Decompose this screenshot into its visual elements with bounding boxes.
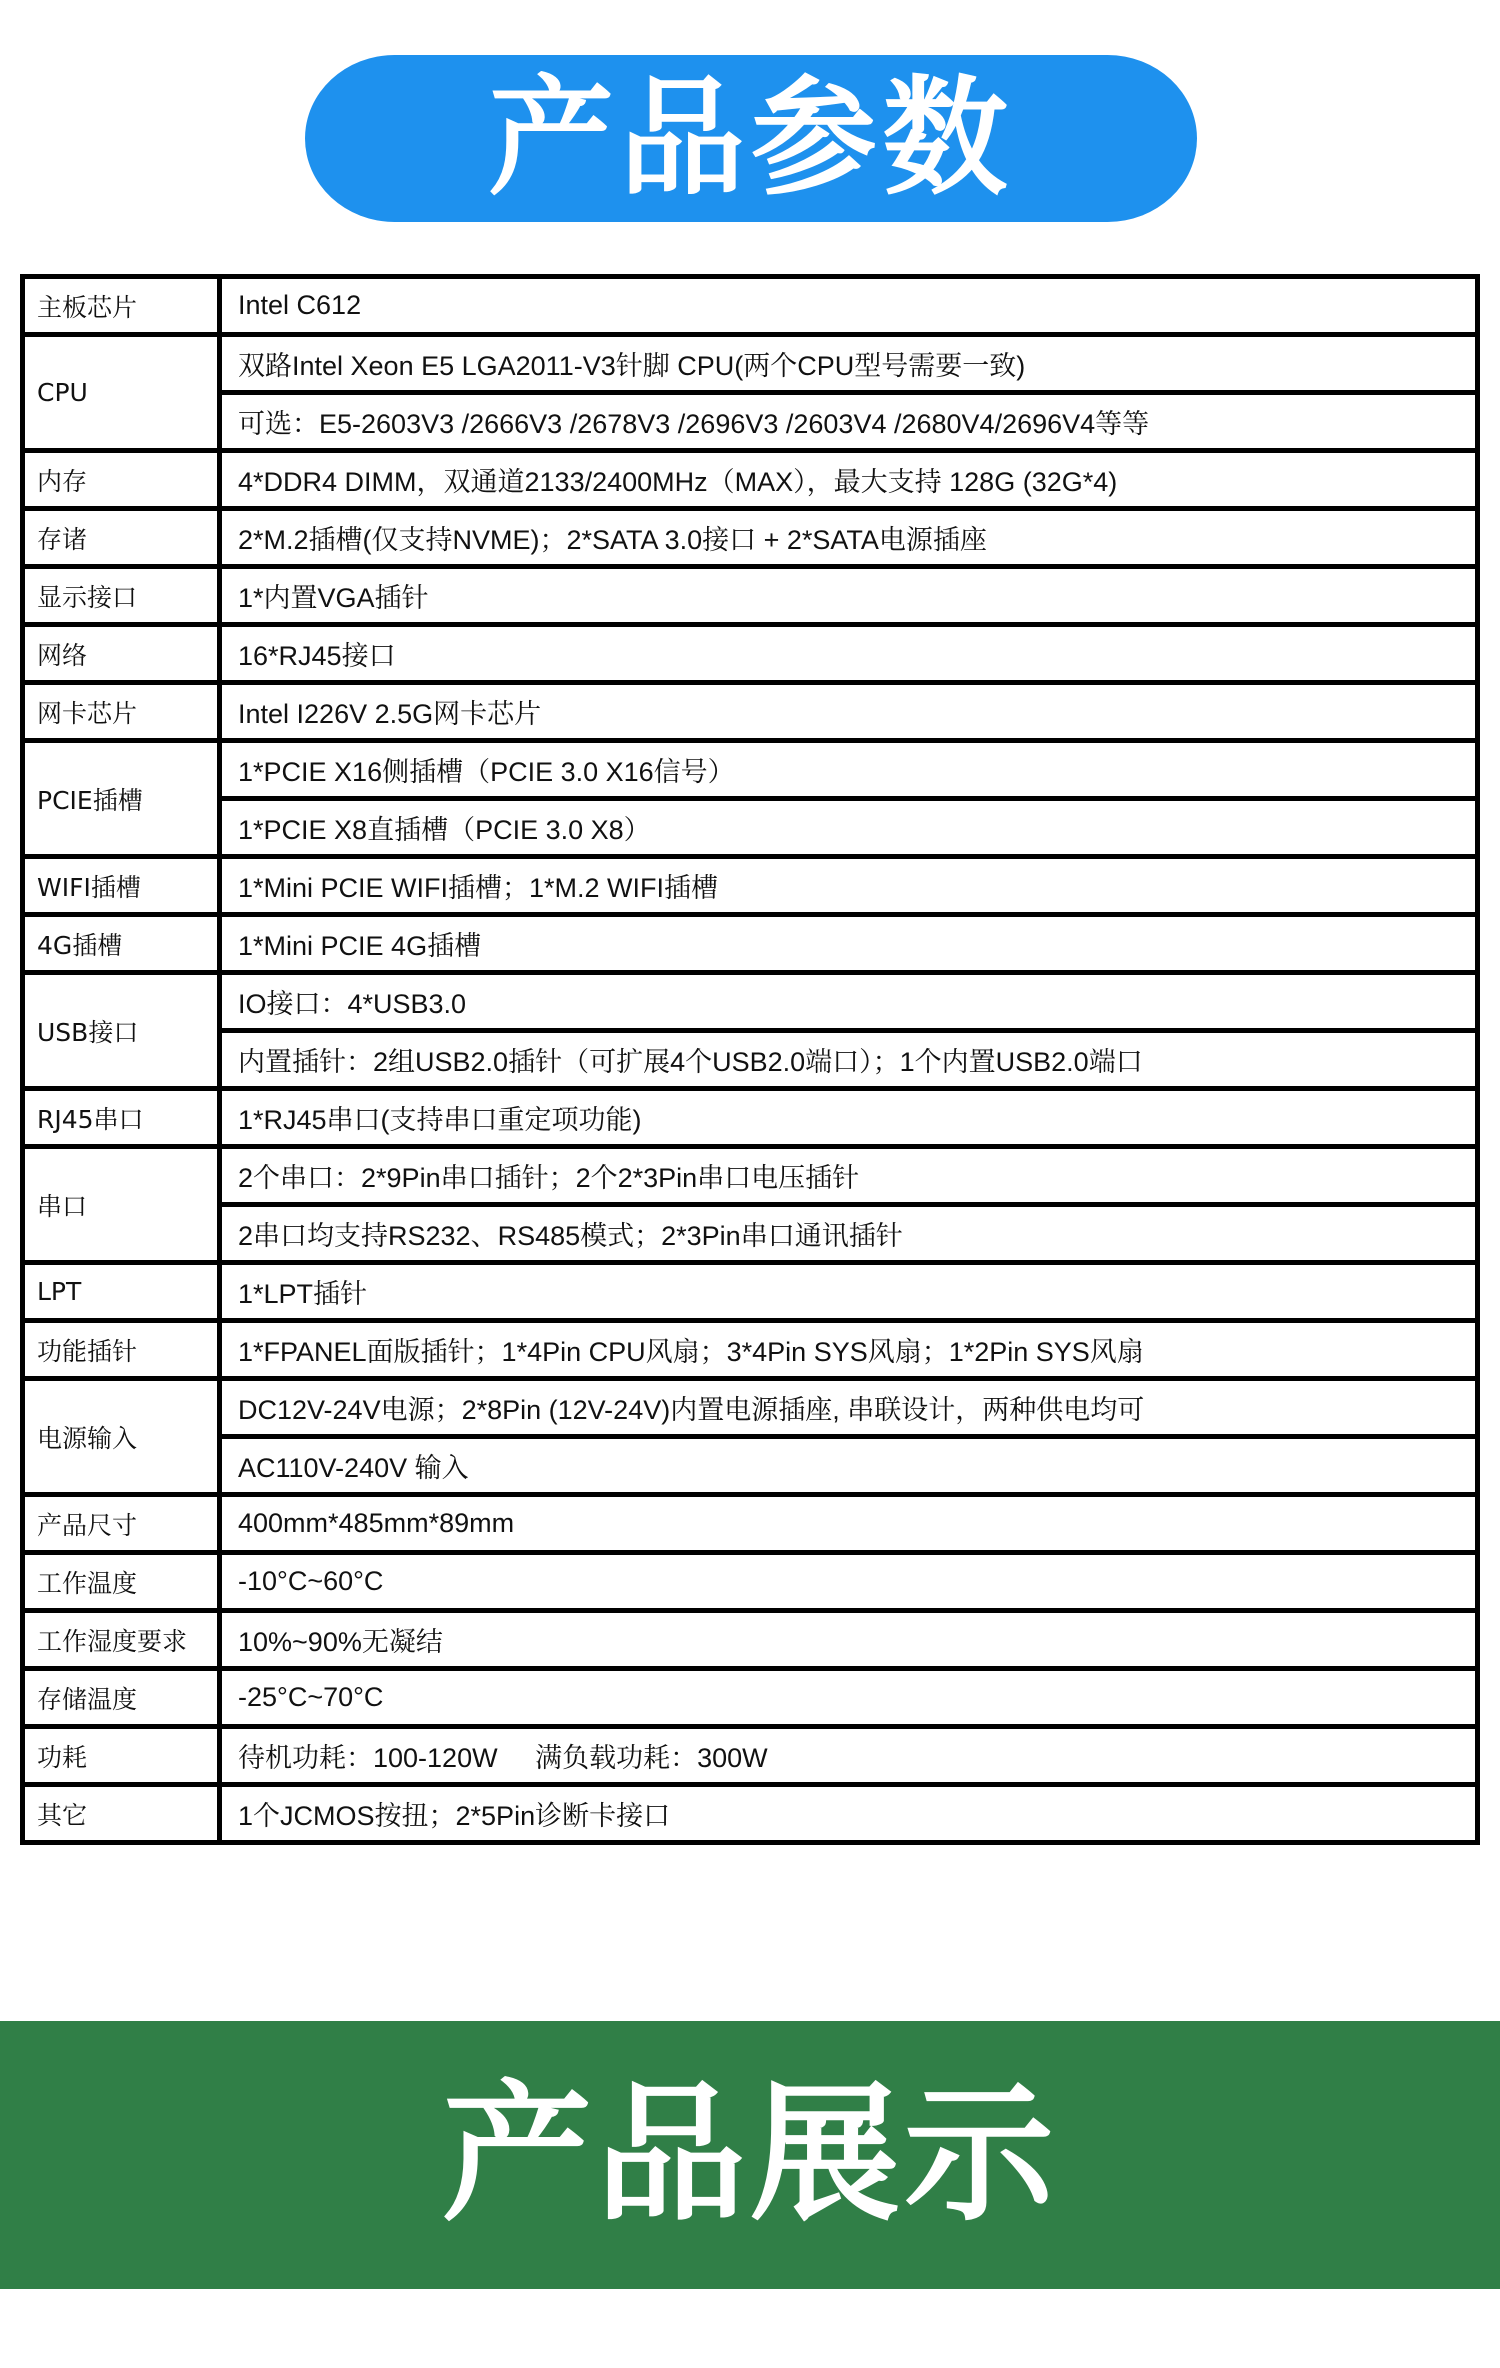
table-row: 存诸2*M.2插槽(仅支持NVME)；2*SATA 3.0接口 + 2*SATA… [23,509,1478,567]
table-row: USB接口IO接口：4*USB3.0 [23,973,1478,1031]
spec-table: 主板芯片Intel C612CPU双路Intel Xeon E5 LGA2011… [20,274,1480,1845]
spec-value: 16*RJ45接口 [220,625,1478,683]
table-row: 工作湿度要求10%~90%无凝结 [23,1611,1478,1669]
spec-label: 4G插槽 [23,915,220,973]
spec-label: 显示接口 [23,567,220,625]
spec-label: 主板芯片 [23,277,220,335]
spec-value: 1*PCIE X8直插槽（PCIE 3.0 X8） [220,799,1478,857]
table-row: 显示接口1*内置VGA插针 [23,567,1478,625]
section-title: 产品展示 [442,2080,1058,2230]
page-title: 产品参数 [488,75,1013,203]
spec-value: 2串口均支持RS232、RS485模式；2*3Pin串口通讯插针 [220,1205,1478,1263]
table-row: 功耗待机功耗：100-120W 满负载功耗：300W [23,1727,1478,1785]
table-row: AC110V-240V 输入 [23,1437,1478,1495]
table-row: WIFI插槽1*Mini PCIE WIFI插槽；1*M.2 WIFI插槽 [23,857,1478,915]
spec-value: 待机功耗：100-120W 满负载功耗：300W [220,1727,1478,1785]
spec-label: 功能插针 [23,1321,220,1379]
spec-label: PCIE插槽 [23,741,220,857]
spec-value: -10°C~60°C [220,1553,1478,1611]
spec-value: 1个JCMOS按扭；2*5Pin诊断卡接口 [220,1785,1478,1843]
spec-label: 存诸 [23,509,220,567]
spec-value: IO接口：4*USB3.0 [220,973,1478,1031]
table-row: 网络16*RJ45接口 [23,625,1478,683]
table-row: 主板芯片Intel C612 [23,277,1478,335]
spec-label: 产品尺寸 [23,1495,220,1553]
spec-label: 内存 [23,451,220,509]
spec-label: CPU [23,335,220,451]
spec-label: WIFI插槽 [23,857,220,915]
section-header-product-showcase: 产品展示 [0,2021,1500,2289]
spec-value: 400mm*485mm*89mm [220,1495,1478,1553]
table-row: CPU双路Intel Xeon E5 LGA2011-V3针脚 CPU(两个CP… [23,335,1478,393]
spec-label: 网卡芯片 [23,683,220,741]
table-row: 产品尺寸400mm*485mm*89mm [23,1495,1478,1553]
spec-label: 串口 [23,1147,220,1263]
spec-value: Intel C612 [220,277,1478,335]
table-row: 1*PCIE X8直插槽（PCIE 3.0 X8） [23,799,1478,857]
spec-value: 1*FPANEL面版插针；1*4Pin CPU风扇；3*4Pin SYS风扇；1… [220,1321,1478,1379]
spec-table-body: 主板芯片Intel C612CPU双路Intel Xeon E5 LGA2011… [23,277,1478,1843]
spec-label: USB接口 [23,973,220,1089]
spec-value: 1*Mini PCIE WIFI插槽；1*M.2 WIFI插槽 [220,857,1478,915]
table-row: 电源输入DC12V-24V电源；2*8Pin (12V-24V)内置电源插座, … [23,1379,1478,1437]
table-row: 串口2个串口：2*9Pin串口插针；2个2*3Pin串口电压插针 [23,1147,1478,1205]
table-row: 4G插槽1*Mini PCIE 4G插槽 [23,915,1478,973]
spec-value: DC12V-24V电源；2*8Pin (12V-24V)内置电源插座, 串联设计… [220,1379,1478,1437]
spec-value: 4*DDR4 DIMM，双通道2133/2400MHz（MAX），最大支持 12… [220,451,1478,509]
spec-label: 其它 [23,1785,220,1843]
spec-value: 2*M.2插槽(仅支持NVME)；2*SATA 3.0接口 + 2*SATA电源… [220,509,1478,567]
table-row: RJ45串口1*RJ45串口(支持串口重定项功能) [23,1089,1478,1147]
spec-value: -25°C~70°C [220,1669,1478,1727]
spec-label: 电源输入 [23,1379,220,1495]
spec-value: 1*RJ45串口(支持串口重定项功能) [220,1089,1478,1147]
spec-value: 可选：E5-2603V3 /2666V3 /2678V3 /2696V3 /26… [220,393,1478,451]
spec-label: RJ45串口 [23,1089,220,1147]
spec-label: 工作湿度要求 [23,1611,220,1669]
spec-value: 2个串口：2*9Pin串口插针；2个2*3Pin串口电压插针 [220,1147,1478,1205]
spec-label: 存储温度 [23,1669,220,1727]
section-header-product-params: 产品参数 [305,55,1197,222]
spec-value: AC110V-240V 输入 [220,1437,1478,1495]
table-row: 2串口均支持RS232、RS485模式；2*3Pin串口通讯插针 [23,1205,1478,1263]
spec-value: 10%~90%无凝结 [220,1611,1478,1669]
table-row: 功能插针1*FPANEL面版插针；1*4Pin CPU风扇；3*4Pin SYS… [23,1321,1478,1379]
spec-value: 双路Intel Xeon E5 LGA2011-V3针脚 CPU(两个CPU型号… [220,335,1478,393]
spec-label: LPT [23,1263,220,1321]
spec-value: 1*内置VGA插针 [220,567,1478,625]
table-row: 可选：E5-2603V3 /2666V3 /2678V3 /2696V3 /26… [23,393,1478,451]
spec-value: Intel I226V 2.5G网卡芯片 [220,683,1478,741]
table-row: 工作温度-10°C~60°C [23,1553,1478,1611]
table-row: LPT1*LPT插针 [23,1263,1478,1321]
spec-value: 1*Mini PCIE 4G插槽 [220,915,1478,973]
spec-value: 1*PCIE X16侧插槽（PCIE 3.0 X16信号） [220,741,1478,799]
table-row: 存储温度-25°C~70°C [23,1669,1478,1727]
spec-value: 1*LPT插针 [220,1263,1478,1321]
spec-label: 功耗 [23,1727,220,1785]
table-row: 内存4*DDR4 DIMM，双通道2133/2400MHz（MAX），最大支持 … [23,451,1478,509]
spec-label: 网络 [23,625,220,683]
table-row: 内置插针：2组USB2.0插针（可扩展4个USB2.0端口）；1个内置USB2.… [23,1031,1478,1089]
spec-label: 工作温度 [23,1553,220,1611]
spec-value: 内置插针：2组USB2.0插针（可扩展4个USB2.0端口）；1个内置USB2.… [220,1031,1478,1089]
table-row: 其它1个JCMOS按扭；2*5Pin诊断卡接口 [23,1785,1478,1843]
table-row: PCIE插槽1*PCIE X16侧插槽（PCIE 3.0 X16信号） [23,741,1478,799]
table-row: 网卡芯片Intel I226V 2.5G网卡芯片 [23,683,1478,741]
